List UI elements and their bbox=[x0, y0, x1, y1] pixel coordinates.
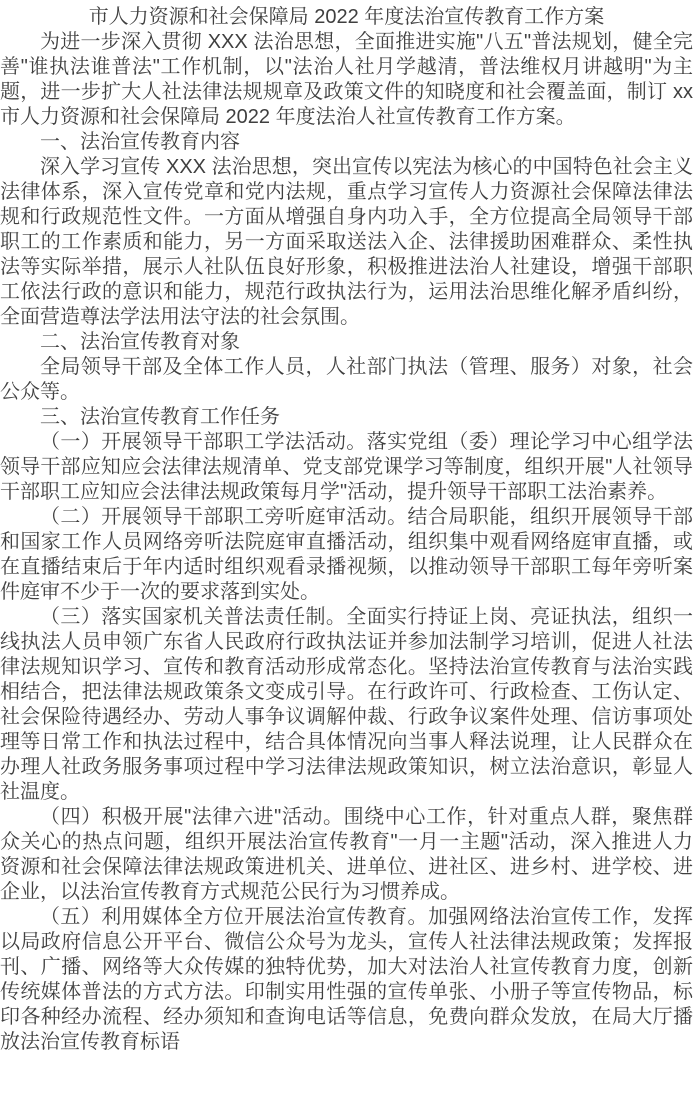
section-heading-tasks: 三、法治宣传教育工作任务 bbox=[0, 405, 693, 430]
task-paragraph-1: （一）开展领导干部职工学法活动。落实党组（委）理论学习中心组学法领导干部应知应会… bbox=[0, 430, 693, 505]
document-title: 市人力资源和社会保障局 2022 年度法治宣传教育工作方案 bbox=[0, 5, 693, 30]
section-heading-audience: 二、法治宣传教育对象 bbox=[0, 330, 693, 355]
document-page: 市人力资源和社会保障局 2022 年度法治宣传教育工作方案 为进一步深入贯彻 X… bbox=[0, 0, 693, 1097]
task-paragraph-3: （三）落实国家机关普法责任制。全面实行持证上岗、亮证执法，组织一线执法人员申领广… bbox=[0, 605, 693, 805]
content-paragraph: 深入学习宣传 XXX 法治思想，突出宣传以宪法为核心的中国特色社会主义法律体系，… bbox=[0, 155, 693, 330]
task-paragraph-2: （二）开展领导干部职工旁听庭审活动。结合局职能，组织开展领导干部和国家工作人员网… bbox=[0, 505, 693, 605]
task-paragraph-5: （五）利用媒体全方位开展法治宣传教育。加强网络法治宣传工作，发挥以局政府信息公开… bbox=[0, 905, 693, 1055]
audience-paragraph: 全局领导干部及全体工作人员，人社部门执法（管理、服务）对象，社会公众等。 bbox=[0, 355, 693, 405]
intro-paragraph: 为进一步深入贯彻 XXX 法治思想，全面推进实施"八五"普法规划，健全完善"谁执… bbox=[0, 30, 693, 130]
section-heading-content: 一、法治宣传教育内容 bbox=[0, 130, 693, 155]
task-paragraph-4: （四）积极开展"法律六进"活动。围绕中心工作，针对重点人群，聚焦群众关心的热点问… bbox=[0, 805, 693, 905]
